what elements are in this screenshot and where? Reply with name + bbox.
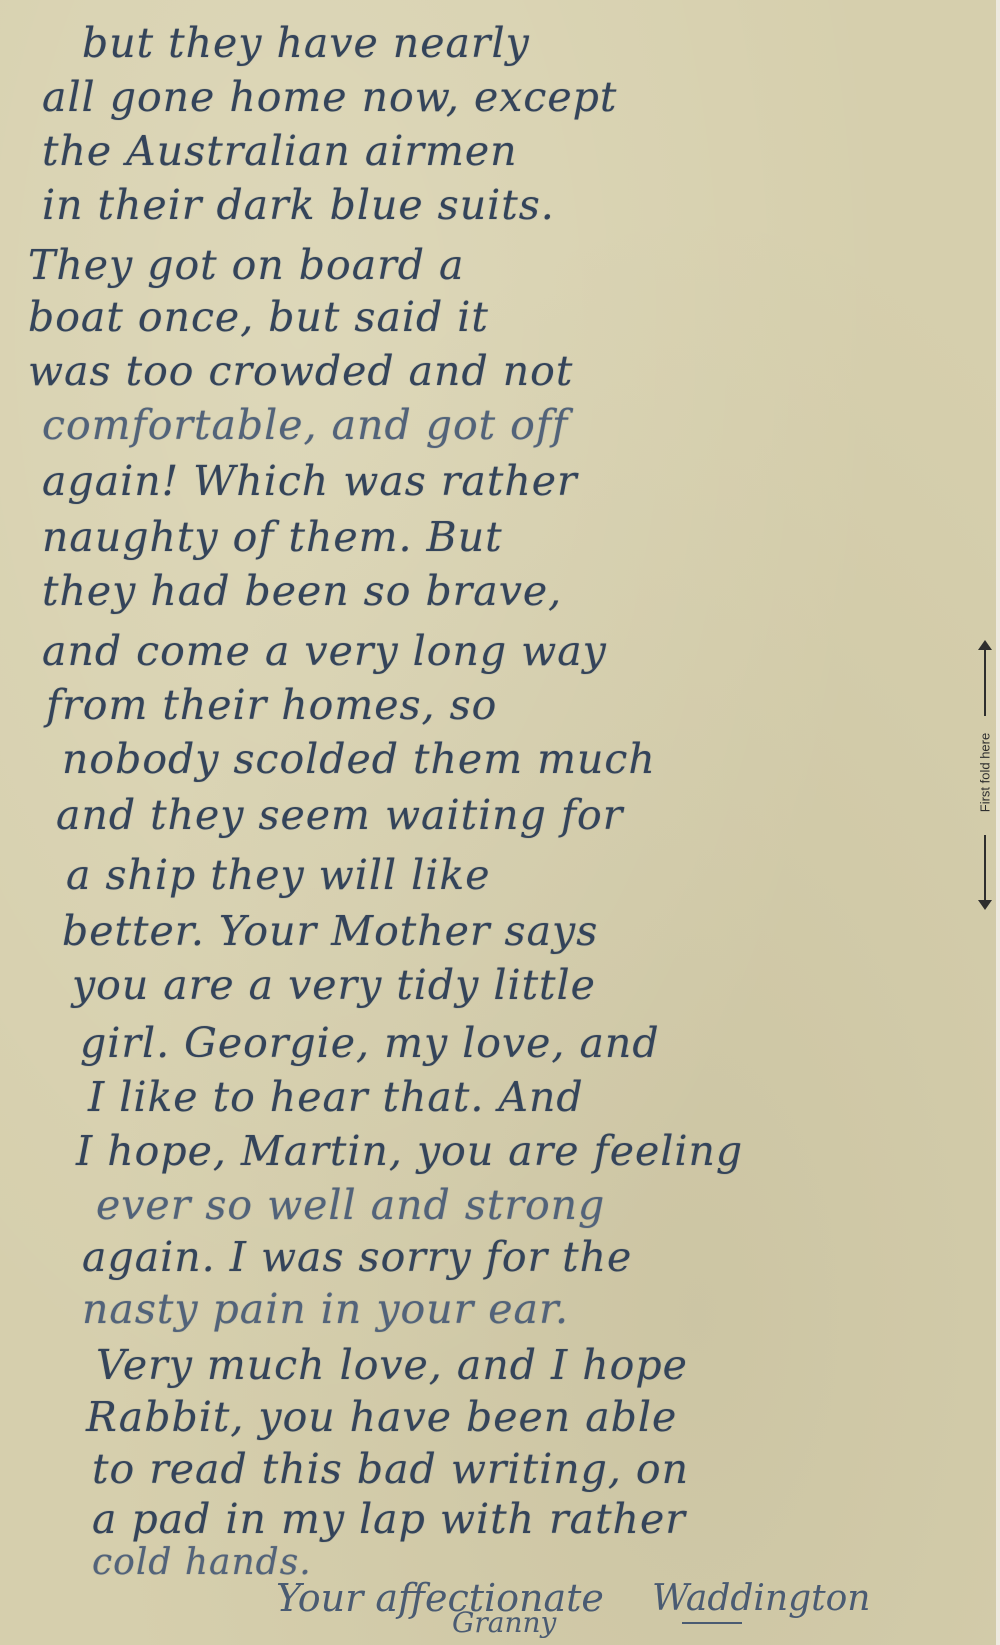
- signature-name: Waddington: [652, 1578, 871, 1619]
- signature-underline: [682, 1622, 742, 1624]
- arrow-down-icon: [978, 900, 992, 910]
- letter-line: and come a very long way: [42, 626, 607, 676]
- paper-edge: [996, 0, 1000, 1645]
- fold-line-bottom: [984, 835, 986, 903]
- fold-line-top: [984, 646, 986, 716]
- letter-line: a ship they will like: [66, 850, 490, 900]
- letter-line: again! Which was rather: [42, 456, 578, 506]
- fold-label: First fold here: [978, 715, 993, 831]
- letter-line: the Australian airmen: [42, 126, 518, 176]
- letter-line: was too crowded and not: [28, 346, 573, 396]
- letter-line: better. Your Mother says: [62, 906, 598, 956]
- letter-line: naughty of them. But: [42, 512, 503, 562]
- letter-line: boat once, but said it: [28, 292, 489, 342]
- letter-line: They got on board a: [28, 240, 464, 290]
- signature-sub: Granny: [452, 1606, 556, 1639]
- letter-line: but they have nearly: [82, 18, 530, 68]
- fold-mark: First fold here: [975, 640, 995, 910]
- letter-line: to read this bad writing, on: [92, 1444, 689, 1494]
- letter-line: comfortable, and got off: [42, 400, 568, 450]
- letter-body: but they have nearly all gone home now, …: [0, 0, 960, 1645]
- letter-line: in their dark blue suits.: [42, 180, 555, 230]
- letter-line: you are a very tidy little: [72, 960, 596, 1010]
- letter-line: ever so well and strong: [96, 1180, 605, 1230]
- letter-line: girl. Georgie, my love, and: [80, 1018, 660, 1068]
- letter-line: all gone home now, except: [42, 72, 617, 122]
- letter-line: I hope, Martin, you are feeling: [76, 1126, 743, 1176]
- letter-line: nasty pain in your ear.: [82, 1284, 569, 1334]
- letter-line: from their homes, so: [46, 680, 497, 730]
- letter-line: I like to hear that. And: [88, 1072, 584, 1122]
- letter-line: they had been so brave,: [42, 566, 562, 616]
- letter-line: a pad in my lap with rather: [92, 1494, 686, 1544]
- letter-line: Very much love, and I hope: [96, 1340, 688, 1390]
- letter-line: again. I was sorry for the: [82, 1232, 632, 1282]
- letter-line: nobody scolded them much: [62, 734, 656, 784]
- letter-line: Rabbit, you have been able: [86, 1392, 677, 1442]
- letter-line: and they seem waiting for: [56, 790, 623, 840]
